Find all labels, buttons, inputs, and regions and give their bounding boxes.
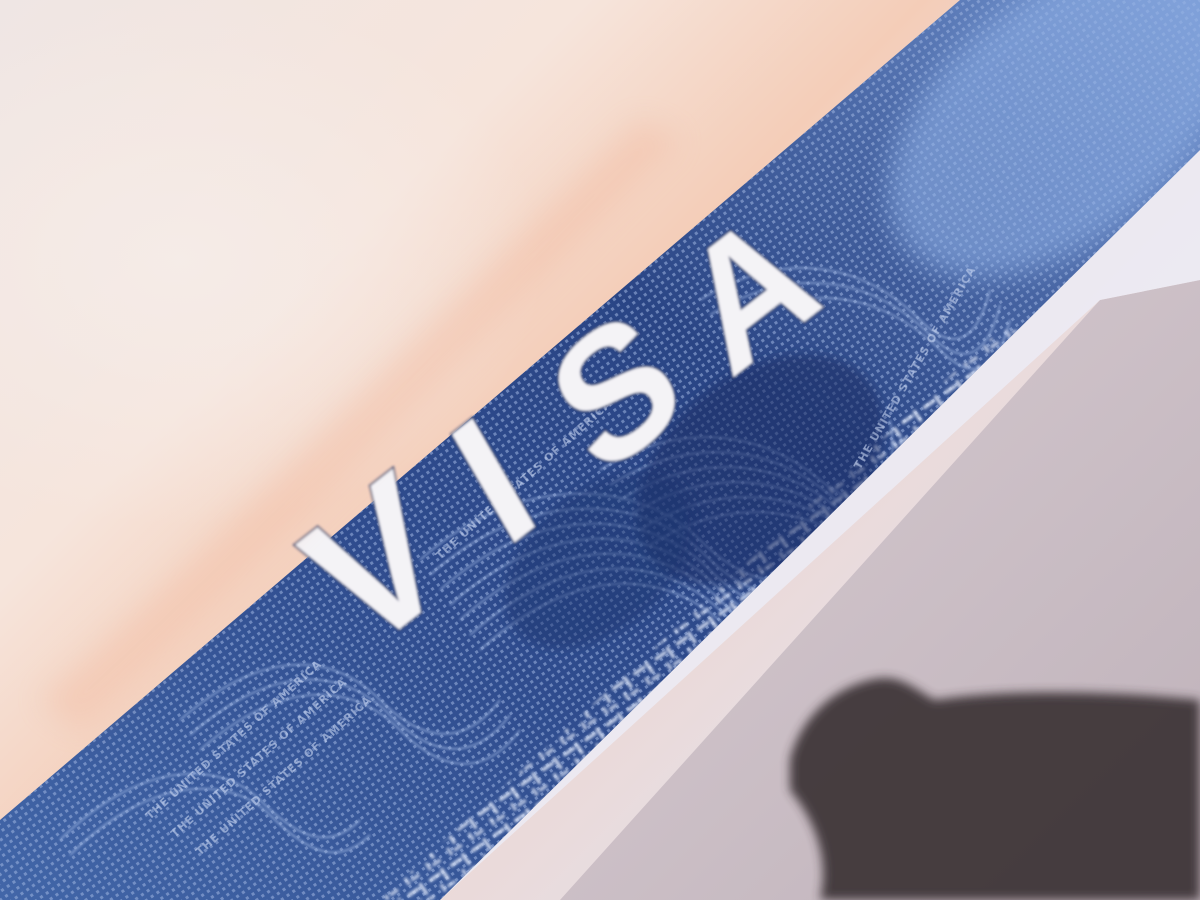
visa-scene: THE UNITED STATES OF AMERICA THE UNITED … xyxy=(0,0,1200,900)
blurred-shadow xyxy=(790,678,1200,900)
visa-photo: THE UNITED STATES OF AMERICA THE UNITED … xyxy=(0,0,1200,900)
